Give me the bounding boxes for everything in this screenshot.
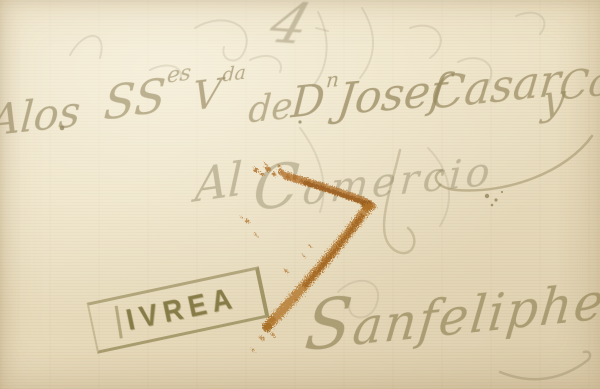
letter-scan: 4 Alos SSes Vda de Dn Josef Casar y Comp… <box>0 0 600 389</box>
postmark-left-strike <box>114 306 122 339</box>
postmark-text: IVREA <box>123 281 240 337</box>
recipient-word-alos: Alos <box>0 87 82 146</box>
recipient-sses-base: SS <box>102 67 167 131</box>
recipient-sses-sup: es <box>166 59 192 88</box>
recipient-vda-sup: da <box>222 61 247 87</box>
recipient-vda-base: V <box>192 70 223 120</box>
postmark-box: IVREA <box>87 266 270 353</box>
recipient-dn-sup: n <box>325 67 340 93</box>
top-numeral: 4 <box>262 0 318 58</box>
recipient-word-comp: Compa <box>557 51 600 109</box>
comercio-word-al: Al <box>194 151 243 212</box>
recipient-word-vda: Vda <box>192 68 247 121</box>
recipient-word-sses: SSes <box>102 64 192 131</box>
recipient-comp-base: Comp <box>557 52 600 108</box>
destination-script: Sanfeliphe <box>302 254 600 366</box>
bottom-flourish <box>500 352 590 380</box>
recipient-word-de: de <box>247 85 294 131</box>
recipient-word-dn: Dn <box>290 73 340 128</box>
comercio-word: Comercio <box>251 129 497 225</box>
recipient-dn-base: D <box>290 74 327 127</box>
